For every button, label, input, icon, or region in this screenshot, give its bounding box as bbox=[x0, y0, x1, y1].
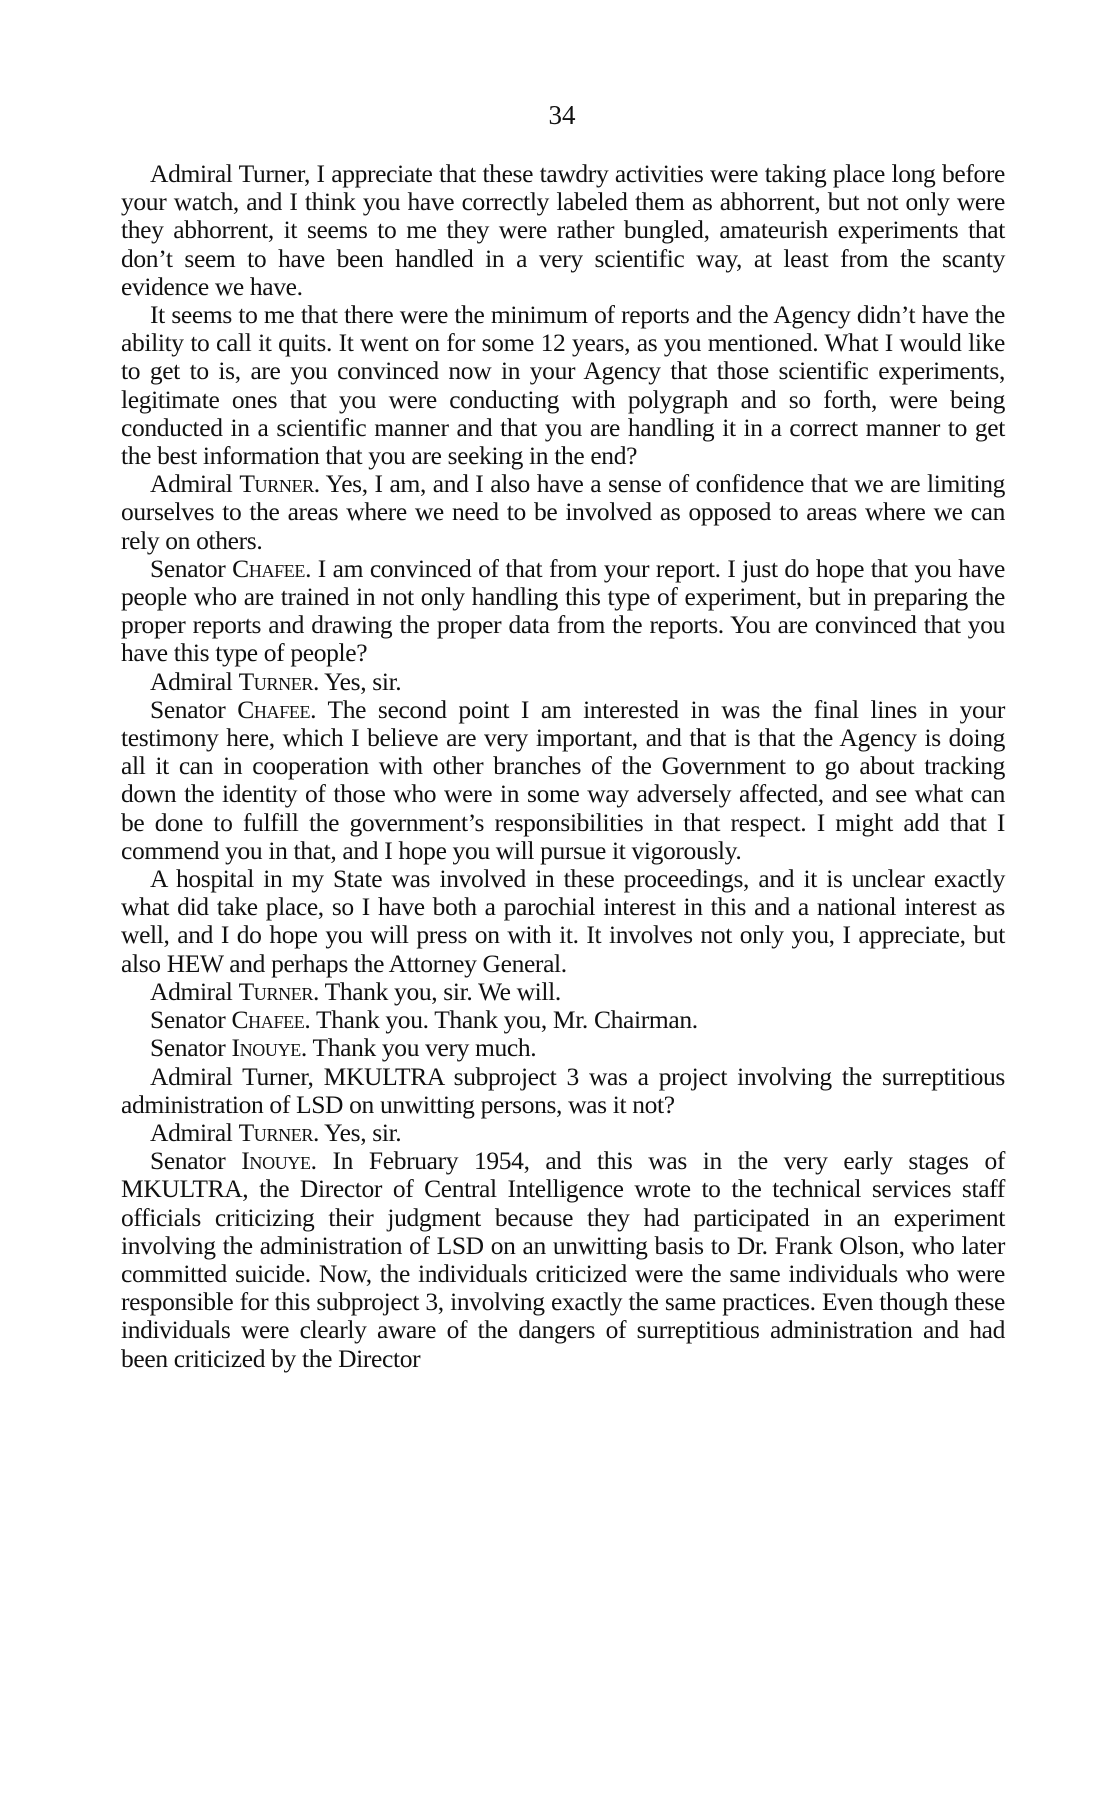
speaker-name: Turner. bbox=[239, 667, 320, 696]
paragraph-13: Senator Inouye. In February 1954, and th… bbox=[121, 1147, 1005, 1373]
paragraph-8: Admiral Turner. Thank you, sir. We will. bbox=[121, 978, 1005, 1006]
paragraph-text: It seems to me that there were the minim… bbox=[121, 300, 1005, 470]
speaker-title: Senator bbox=[150, 1146, 241, 1175]
paragraph-11: Admiral Turner, MKULTRA subproject 3 was… bbox=[121, 1063, 1005, 1119]
paragraph-text: A hospital in my State was involved in t… bbox=[121, 864, 1005, 978]
speaker-name: Turner. bbox=[239, 1118, 320, 1147]
speaker-title: Admiral bbox=[150, 469, 239, 498]
paragraph-12: Admiral Turner. Yes, sir. bbox=[121, 1119, 1005, 1147]
paragraph-text: Thank you. Thank you, Mr. Chairman. bbox=[310, 1005, 697, 1034]
paragraph-text: Yes, sir. bbox=[319, 667, 401, 696]
speaker-title: Senator bbox=[150, 695, 237, 724]
paragraph-text: Admiral Turner, MKULTRA subproject 3 was… bbox=[121, 1062, 1005, 1119]
paragraph-text: Admiral Turner, I appreciate that these … bbox=[121, 159, 1005, 301]
speaker-title: Senator bbox=[150, 554, 232, 583]
speaker-title: Senator bbox=[150, 1005, 231, 1034]
speaker-name: Inouye. bbox=[231, 1033, 306, 1062]
paragraph-text: Yes, sir. bbox=[319, 1118, 401, 1147]
paragraph-10: Senator Inouye. Thank you very much. bbox=[121, 1034, 1005, 1062]
paragraph-4: Senator Chafee. I am convinced of that f… bbox=[121, 555, 1005, 668]
paragraph-text: Thank you, sir. We will. bbox=[319, 977, 561, 1006]
paragraph-6: Senator Chafee. The second point I am in… bbox=[121, 696, 1005, 865]
speaker-name: Chafee. bbox=[232, 554, 311, 583]
speaker-name: Chafee. bbox=[237, 695, 316, 724]
speaker-name: Inouye. bbox=[241, 1146, 316, 1175]
speaker-title: Senator bbox=[150, 1033, 231, 1062]
speaker-name: Turner. bbox=[239, 977, 320, 1006]
speaker-name: Turner. bbox=[239, 469, 320, 498]
speaker-name: Chafee. bbox=[231, 1005, 310, 1034]
paragraph-2: It seems to me that there were the minim… bbox=[121, 301, 1005, 470]
paragraph-9: Senator Chafee. Thank you. Thank you, Mr… bbox=[121, 1006, 1005, 1034]
paragraph-text: Thank you very much. bbox=[307, 1033, 536, 1062]
page-number: 34 bbox=[0, 100, 1098, 130]
speaker-title: Admiral bbox=[150, 667, 239, 696]
paragraph-1: Admiral Turner, I appreciate that these … bbox=[121, 160, 1005, 301]
speaker-title: Admiral bbox=[150, 977, 239, 1006]
paragraph-3: Admiral Turner. Yes, I am, and I also ha… bbox=[121, 470, 1005, 555]
paragraph-5: Admiral Turner. Yes, sir. bbox=[121, 668, 1005, 696]
speaker-title: Admiral bbox=[150, 1118, 239, 1147]
paragraph-text: In February 1954, and this was in the ve… bbox=[121, 1146, 1005, 1372]
paragraph-7: A hospital in my State was involved in t… bbox=[121, 865, 1005, 978]
transcript-body: Admiral Turner, I appreciate that these … bbox=[121, 160, 1005, 1373]
